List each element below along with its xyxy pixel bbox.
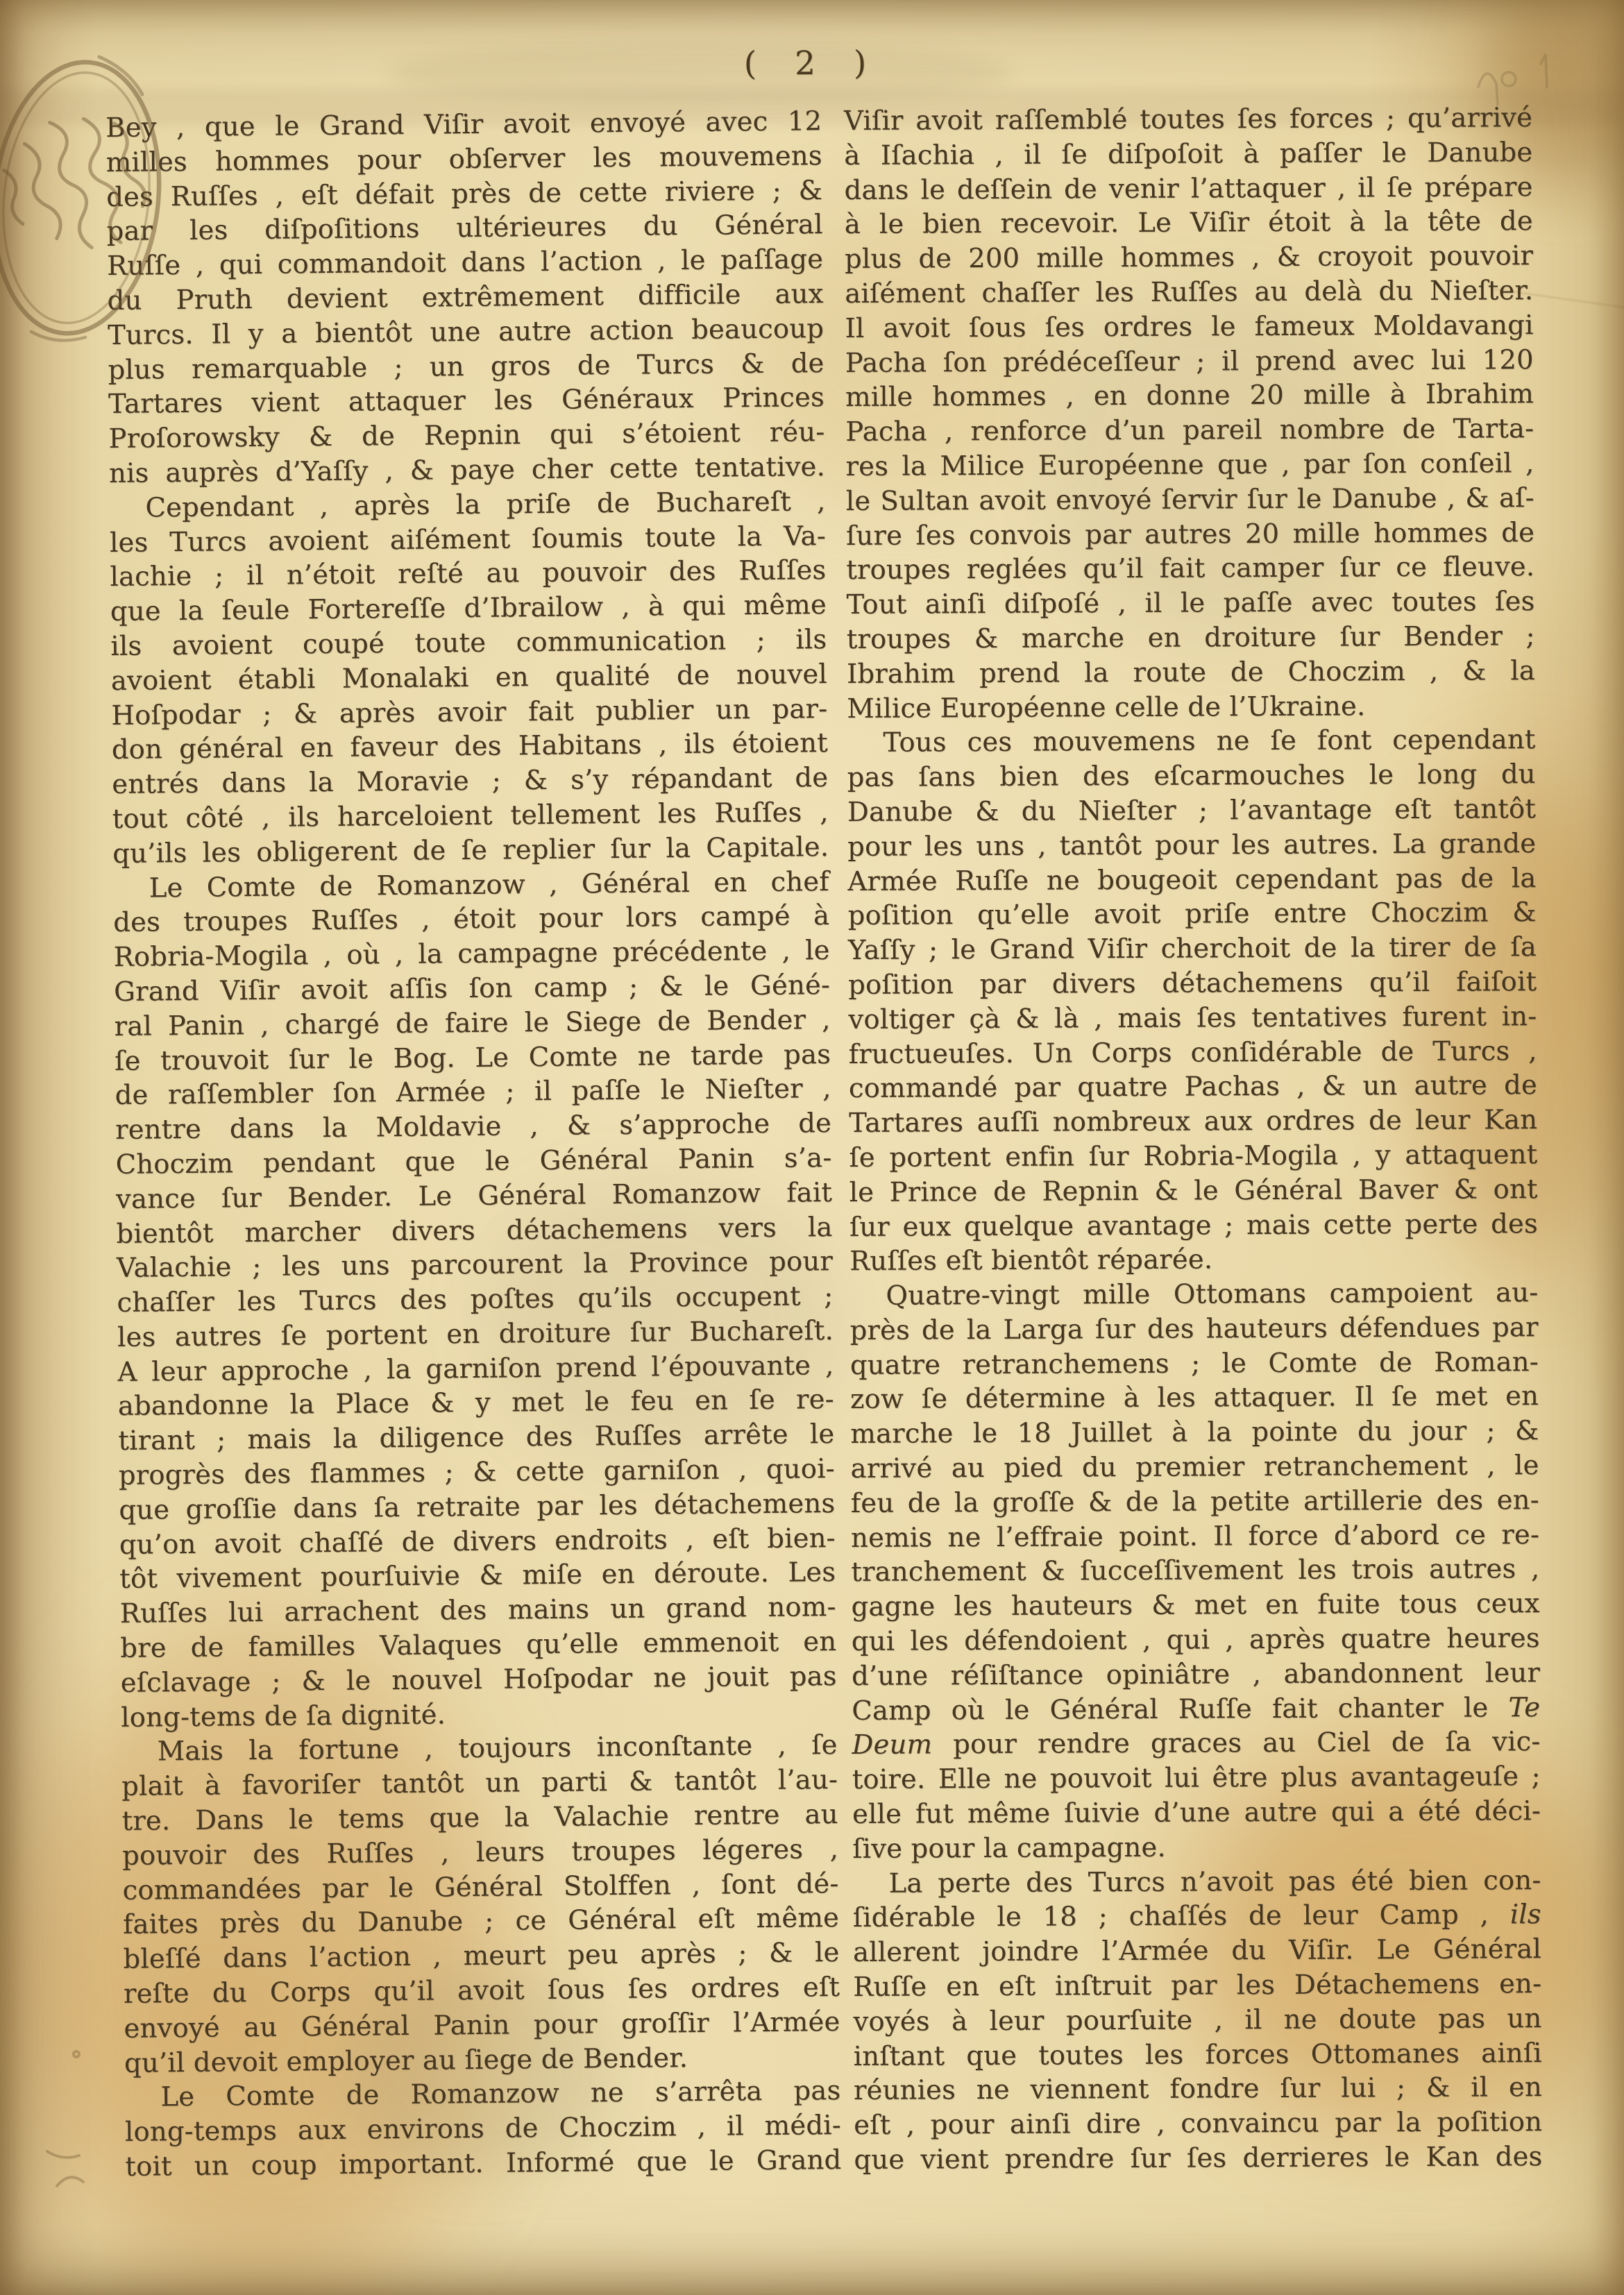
text-line: feu de la groſſe & de la petite artiller… xyxy=(851,1483,1539,1521)
text-line: ſure ſes convois par autres 20 mille hom… xyxy=(846,516,1534,554)
text-line: tranchement & ſucceſſivement les trois a… xyxy=(851,1552,1539,1591)
text-line: le Prince de Repnin & le Général Baver &… xyxy=(849,1172,1538,1210)
text-line: inſtant que toutes les forces Ottomanes … xyxy=(854,2036,1542,2074)
text-line: Quatre-vingt mille Ottomans campoient au… xyxy=(849,1276,1538,1314)
text-line: arrivé au pied du premier retranchement … xyxy=(850,1448,1539,1487)
text-line: à le bien recevoir. Le Viſir étoit à la … xyxy=(845,205,1533,243)
text-line: mille hommes , en donne 20 mille à Ibrah… xyxy=(845,378,1534,416)
text-line: poſition par divers détachemens qu’il fa… xyxy=(848,965,1537,1003)
text-line: Tout ainſi diſpoſé , il le paſſe avec to… xyxy=(846,584,1534,623)
text-line: qui les défendoient , qui , après quatre… xyxy=(852,1621,1540,1659)
text-line: elle fut même ſuivie d’une autre qui a é… xyxy=(852,1794,1541,1832)
text-line: Armée Ruſſe ne bougeoit cependant pas de… xyxy=(847,861,1536,899)
text-line: troupes & marche en droiture ſur Bender … xyxy=(847,619,1535,657)
text-line: à Iſachia , il ſe diſpoſoit à paſſer le … xyxy=(844,135,1532,173)
text-line: Ibrahim prend la route de Choczim , & la xyxy=(847,654,1535,692)
page-sheet: ( 2 ) Bey , que le Grand Viſir avoit env… xyxy=(0,0,1624,2295)
text-line: Danube & du Nieſter ; l’avantage eſt tan… xyxy=(847,792,1536,830)
text-line: commandé par quatre Pachas , & un autre … xyxy=(849,1068,1537,1106)
text-line: zow ſe détermine à les attaquer. Il ſe m… xyxy=(850,1380,1539,1418)
text-line: nemis ne l’effraie point. Il force d’abo… xyxy=(851,1518,1539,1556)
text-line: toire. Elle ne pouvoit lui être plus ava… xyxy=(852,1759,1541,1797)
text-line: ſidérable le 18 ; chaſſés de leur Camp ,… xyxy=(853,1898,1541,1936)
text-line: le Sultan avoit envoyé ſervir ſur le Dan… xyxy=(846,481,1534,519)
text-line: ſur eux quelque avantage ; mais cette pe… xyxy=(849,1207,1538,1245)
text-line: ral Panin , chargé de faire le Siege de … xyxy=(114,1003,830,1044)
text-line: que vient prendre ſur ſes derrieres le K… xyxy=(854,2140,1542,2178)
text-column-left: Bey , que le Grand Viſir avoit envoyé av… xyxy=(105,104,842,2185)
text-line: eſt , pour ainſi dire , convaincu par la… xyxy=(854,2105,1542,2143)
text-line: vance ſur Bender. Le Général Romanzow fa… xyxy=(116,1176,832,1217)
text-line: d’une réſiſtance opiniâtre , abandonnent… xyxy=(852,1656,1540,1694)
text-line: pour les uns , tantôt pour les autres. L… xyxy=(847,827,1536,865)
text-line: près de la Larga ſur des hauteurs défend… xyxy=(850,1310,1539,1348)
text-line: plus de 200 mille hommes , & croyoit pou… xyxy=(845,239,1533,277)
text-line: Deum pour rendre graces au Ciel de ſa vi… xyxy=(852,1725,1540,1763)
text-line: voyés à leur pourſuite , il ne doute pas… xyxy=(853,2001,1541,2040)
text-line: Tartares auſſi nombreux aux ordres de le… xyxy=(849,1103,1537,1141)
text-line: Ruſſes eſt bientôt réparée. xyxy=(849,1241,1538,1279)
text-line: Camp où le Général Ruſſe fait chanter le… xyxy=(852,1691,1540,1729)
text-line: Tous ces mouvemens ne ſe font cependant xyxy=(847,722,1535,761)
text-line: toit un coup important. Informé que le G… xyxy=(125,2143,841,2185)
text-line: eſclavage ; & le nouvel Hoſpodar ne joui… xyxy=(121,1659,837,1701)
text-line: Pacha , renforce d’un pareil nombre de T… xyxy=(845,412,1534,450)
text-line: ſe portent enfin ſur Robria-Mogila , y a… xyxy=(849,1137,1537,1176)
text-line: dans le deſſein de venir l’attaquer , il… xyxy=(844,170,1532,208)
text-line: réunies ne viennent fondre ſur lui ; & i… xyxy=(854,2071,1542,2109)
text-line: Milice Européenne celle de l’Ukraine. xyxy=(847,688,1535,727)
text-line: aiſément chaſſer les Ruſſes au delà du N… xyxy=(845,273,1533,312)
text-line: Viſir avoit raſſemblé toutes ſes forces … xyxy=(844,101,1532,139)
text-line: allerent joindre l’Armée du Viſir. Le Gé… xyxy=(853,1932,1541,1970)
text-line: res la Milice Européenne que , par ſon c… xyxy=(845,446,1534,484)
text-line: La perte des Turcs n’avoit pas été bien … xyxy=(852,1863,1541,1902)
text-line: fructueuſes. Un Corps conſidérable de Tu… xyxy=(849,1034,1537,1072)
page-number: ( 2 ) xyxy=(0,40,1624,87)
text-line: pas ſans bien des eſcarmouches le long d… xyxy=(847,757,1536,795)
text-line: ſive pour la campagne. xyxy=(852,1829,1541,1867)
text-line: poſition qu’elle avoit priſe entre Chocz… xyxy=(848,895,1537,933)
text-column-right: Viſir avoit raſſemblé toutes ſes forces … xyxy=(844,101,1543,2178)
text-line: gagne les hauteurs & met en fuite tous c… xyxy=(851,1586,1539,1625)
text-line: envoyé au Général Panin pour groſſir l’A… xyxy=(124,2005,840,2047)
text-line: marche le 18 Juillet à la pointe du jour… xyxy=(850,1414,1539,1452)
text-line: voltiger çà & là , mais ſes tentatives f… xyxy=(848,999,1537,1038)
text-line: Il avoit ſous ſes ordres le fameux Molda… xyxy=(845,308,1533,346)
text-line: Ruſſe en eſt inſtruit par les Détachemen… xyxy=(853,1967,1541,2005)
text-line: Pacha ſon prédéceſſeur ; il prend avec l… xyxy=(845,343,1534,381)
text-line: quatre retranchemens ; le Comte de Roman… xyxy=(850,1345,1539,1383)
text-line: troupes reglées qu’il fait camper ſur ce… xyxy=(846,550,1534,588)
text-line: Yaſſy ; le Grand Viſir cherchoit de la t… xyxy=(848,930,1537,968)
